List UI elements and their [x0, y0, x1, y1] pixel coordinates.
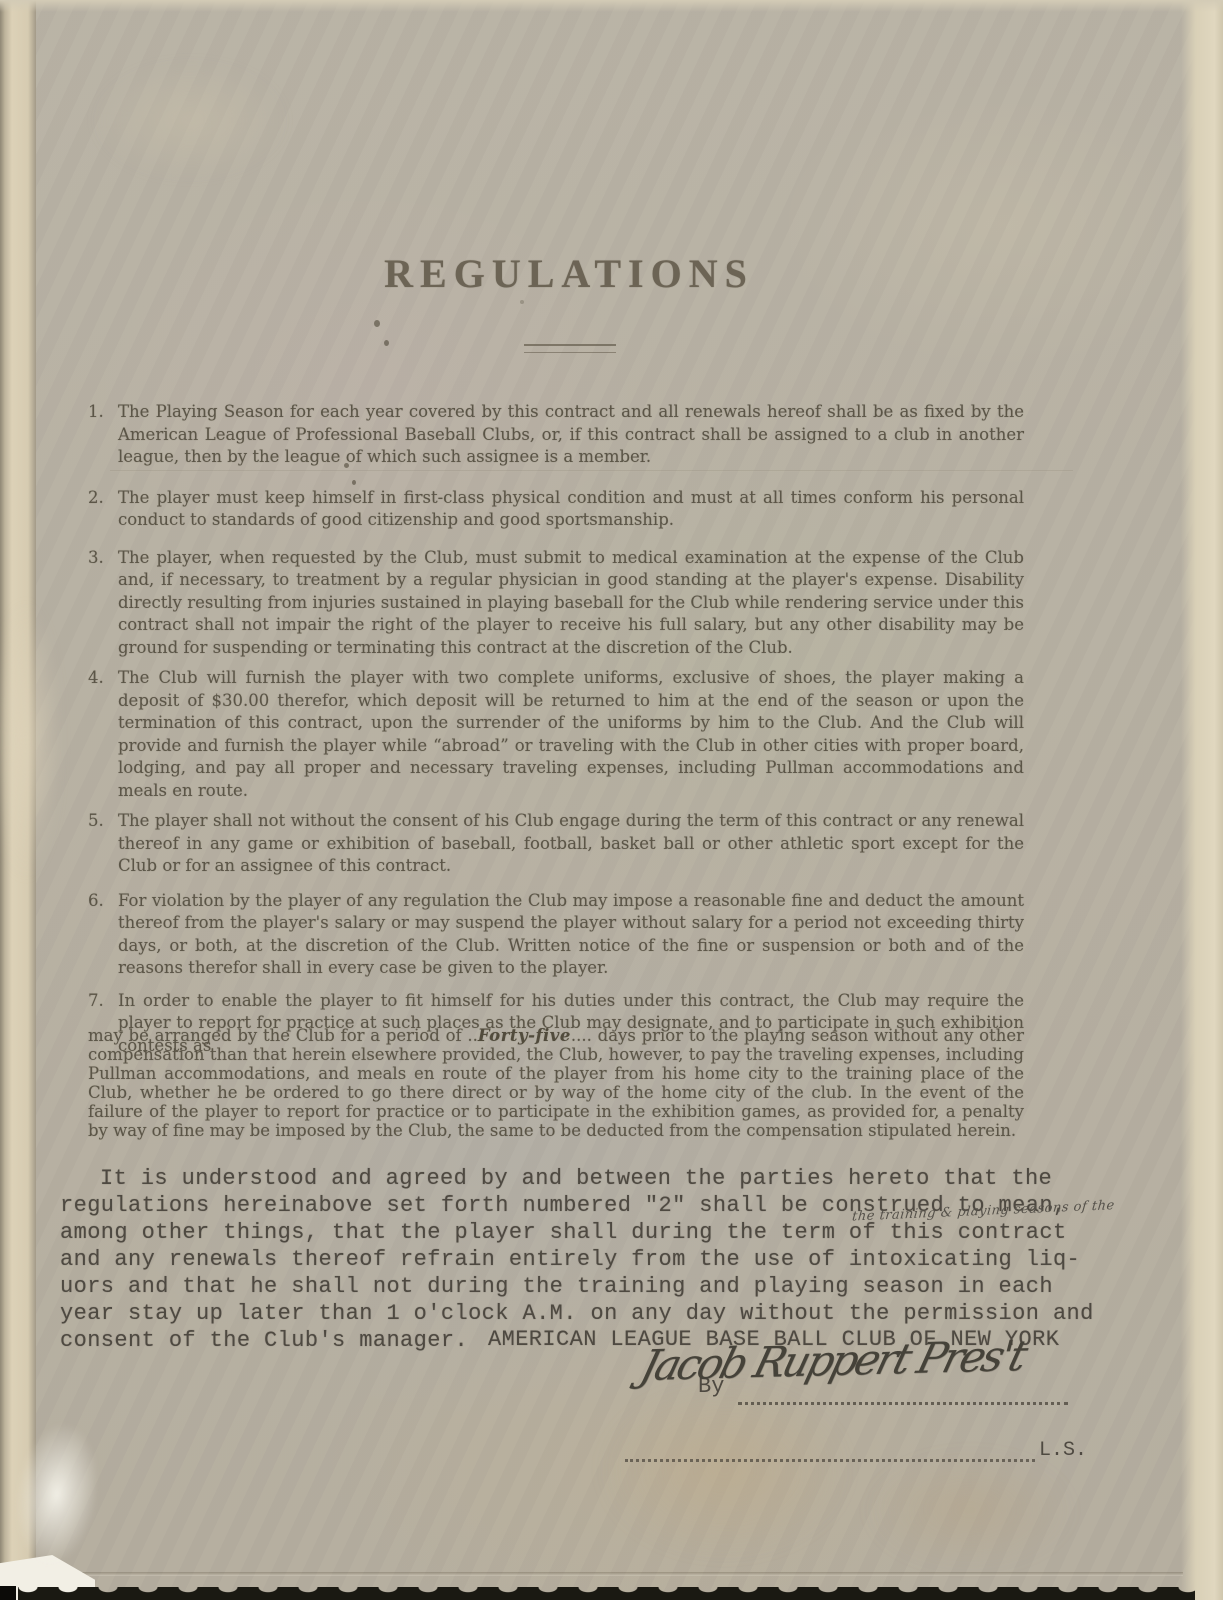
typed-line: among other things, that the player shal… [60, 1220, 1170, 1247]
scan-edge-bottom [18, 1587, 1195, 1600]
regulation-text: The player must keep himself in first-cl… [118, 487, 1024, 532]
player-signature-row: L.S. [625, 1440, 1087, 1462]
typed-line: and any renewals thereof refrain entirel… [60, 1247, 1170, 1274]
typed-line: uors and that he shall not during the tr… [60, 1274, 1170, 1301]
regulation-item-4: 4. The Club will furnish the player with… [88, 667, 1024, 802]
regulation-item-1: 1. The Playing Season for each year cove… [88, 401, 1024, 469]
regulation-number: 6. [88, 890, 118, 980]
regulation-number: 2. [88, 487, 118, 532]
regulations-list: 1. The Playing Season for each year cove… [88, 401, 1024, 1057]
typed-line: It is understood and agreed by and betwe… [60, 1166, 1170, 1193]
title-divider-rule [524, 344, 616, 353]
regulation-number: 1. [88, 401, 118, 469]
regulation-text: For violation by the player of any regul… [118, 890, 1024, 980]
page-title: REGULATIONS [118, 250, 1020, 297]
seal-label: L.S. [1035, 1439, 1087, 1462]
regulation-item-2: 2. The player must keep himself in first… [88, 487, 1024, 532]
scan-corner-black [0, 1586, 16, 1600]
regulation-text: The Playing Season for each year covered… [118, 401, 1024, 469]
regulation-item-3: 3. The player, when requested by the Clu… [88, 547, 1024, 660]
club-president-signature: Jacob Ruppert Pres't [636, 1331, 1030, 1390]
regulation-item-5: 5. The player shall not without the cons… [88, 810, 1024, 878]
regulation-text: The player, when requested by the Club, … [118, 547, 1024, 660]
fill-in-days-value: Forty-five [478, 1026, 571, 1045]
typed-line: year stay up later than 1 o'clock A.M. o… [60, 1301, 1170, 1328]
regulation-text: The player shall not without the consent… [118, 810, 1024, 878]
regulation-number: 3. [88, 547, 118, 660]
player-signature-dotted-line [625, 1437, 1035, 1462]
regulation-7-continuation: may be arranged by the Club for a period… [88, 1026, 1024, 1140]
continuation-pre-text: may be arranged by the Club for a period… [88, 1026, 478, 1045]
document-content: REGULATIONS 1. The Playing Season for ea… [0, 0, 1223, 1600]
regulation-item-6: 6. For violation by the player of any re… [88, 890, 1024, 980]
regulation-number: 4. [88, 667, 118, 802]
regulation-text: The Club will furnish the player with tw… [118, 667, 1024, 802]
regulation-number: 5. [88, 810, 118, 878]
